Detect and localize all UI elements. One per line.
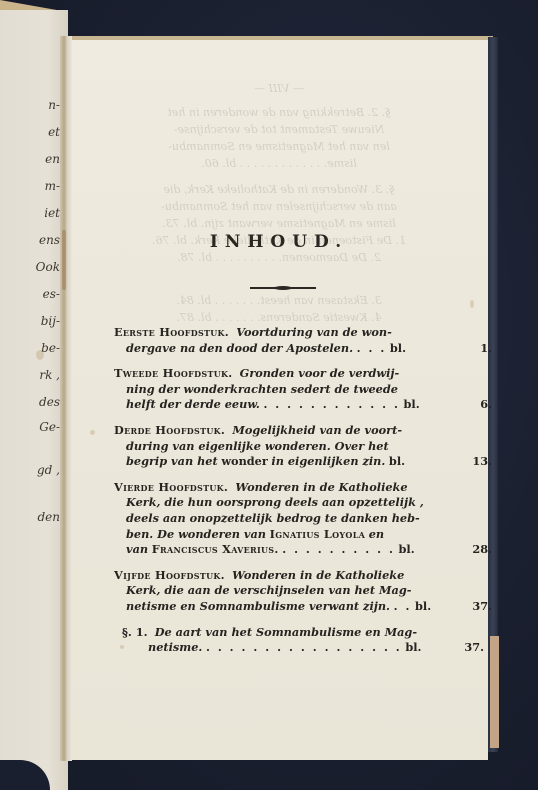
left-facing-page: n- et en m- iet ens Ook es- bij- be- rk … xyxy=(0,10,68,790)
bleed-line: lisme. . . . . . . . . . . . . bl. 60. xyxy=(70,157,488,170)
contents-page: — VIII — §. 2. Betrekking van de wondere… xyxy=(70,40,488,760)
chapter-title: Kerk, die hun oorsprong deels aan opzett… xyxy=(126,495,424,509)
page-number: 13. xyxy=(462,454,492,470)
chapter-title: van xyxy=(126,542,148,556)
left-line: den xyxy=(37,510,60,524)
chapter-title: Wonderen in de Katholieke xyxy=(235,480,407,494)
section-title: netisme. xyxy=(148,640,202,654)
page-abbrev: bl. xyxy=(405,640,421,654)
page-number: 6. xyxy=(462,397,492,413)
left-line: rk , xyxy=(39,368,60,382)
chapter-title: Mogelijkheid van de voort- xyxy=(232,423,402,437)
chapter-label: Derde Hoofdstuk. xyxy=(114,423,225,437)
gutter-stain xyxy=(62,230,66,290)
left-line: et xyxy=(48,125,60,139)
bleed-line: 4. Kwestie Sanderens. . . . . . . bl. 87… xyxy=(70,311,488,324)
table-of-contents: Eerste Hoofdstuk. Voortduring van de won… xyxy=(114,325,434,666)
bleed-line: — VIII — xyxy=(70,82,488,95)
left-line: gd , xyxy=(37,463,60,477)
bleed-line: 3. Ekstasen van heest. . . . . . . bl. 8… xyxy=(70,294,488,307)
book-spine-leather xyxy=(490,636,499,748)
left-line: iet xyxy=(44,206,60,220)
left-line: m- xyxy=(45,179,60,193)
section-title: De aart van het Somnambulisme en Mag- xyxy=(155,625,417,639)
bleed-line: aan de verschijnselen van het Somnambu- xyxy=(70,200,488,213)
foxing-stain xyxy=(470,300,474,308)
toc-entry[interactable]: Eerste Hoofdstuk. Voortduring van de won… xyxy=(114,325,434,356)
toc-section-entry[interactable]: §. 1. De aart van het Somnambulisme en M… xyxy=(114,625,434,656)
roman-word: wonder xyxy=(221,454,268,468)
page-abbrev: bl. xyxy=(399,542,415,556)
left-line: des xyxy=(39,395,60,409)
page-abbrev: bl. xyxy=(390,341,406,355)
foxing-stain xyxy=(90,430,95,435)
chapter-title: en xyxy=(369,527,384,541)
chapter-title: dergave na den dood der Apostelen. xyxy=(126,341,353,355)
toc-entry[interactable]: Vierde Hoofdstuk. Wonderen in de Katholi… xyxy=(114,480,434,558)
dot-leader: . . . xyxy=(357,341,387,355)
toc-entry[interactable]: Vijfde Hoofdstuk. Wonderen in de Katholi… xyxy=(114,568,434,615)
left-line: ens xyxy=(39,233,60,247)
left-line: es- xyxy=(43,287,60,301)
chapter-title: deels aan onopzettelijk bedrog te danken… xyxy=(126,511,420,525)
chapter-label: Eerste Hoofdstuk. xyxy=(114,325,229,339)
book-gutter xyxy=(60,36,72,761)
chapter-title: Gronden voor de verdwij- xyxy=(240,366,400,380)
chapter-title: ben. De wonderen van xyxy=(126,527,266,541)
page-abbrev: bl. xyxy=(415,599,431,613)
person-name: Franciscus Xaverius. xyxy=(152,542,279,556)
chapter-title: netisme en Somnambulisme verwant zijn. xyxy=(126,599,390,613)
chapter-title: Wonderen in de Katholieke xyxy=(232,568,404,582)
toc-entry[interactable]: Tweede Hoofdstuk. Gronden voor de verdwi… xyxy=(114,366,434,413)
page-number: 1. xyxy=(462,341,492,357)
person-name: Ignatius Loyola xyxy=(270,527,366,541)
left-line: be- xyxy=(41,341,60,355)
bleed-line: len van het Magnetisme en Somnambu- xyxy=(70,140,488,153)
section-label: §. 1. xyxy=(122,625,148,639)
chapter-label: Vierde Hoofdstuk. xyxy=(114,480,228,494)
left-line: en xyxy=(45,152,60,166)
left-line: Ge- xyxy=(39,420,60,434)
chapter-label: Vijfde Hoofdstuk. xyxy=(114,568,225,582)
chapter-title: Voortduring van de won- xyxy=(236,325,392,339)
chapter-label: Tweede Hoofdstuk. xyxy=(114,366,232,380)
dot-leader: . . xyxy=(394,599,412,613)
page-number: 37. xyxy=(454,640,484,656)
page-number: 28. xyxy=(462,542,492,558)
dot-leader: . . . . . . . . . . . . xyxy=(263,397,399,411)
page-title: INHOUD. xyxy=(70,232,488,252)
left-line: n- xyxy=(48,98,60,112)
chapter-title: Kerk, die aan de verschijnselen van het … xyxy=(126,583,411,597)
page-abbrev: bl. xyxy=(389,454,405,468)
chapter-title: begrip van het xyxy=(126,454,218,468)
page-abbrev: bl. xyxy=(404,397,420,411)
foxing-stain xyxy=(36,350,44,360)
chapter-title: helft der derde eeuw. xyxy=(126,397,260,411)
bleed-line: lisme en Magnetisme verwant zijn. bl. 73… xyxy=(70,217,488,230)
chapter-title: during van eigenlijke wonderen. Over het xyxy=(126,439,389,453)
foxing-stain xyxy=(120,645,124,649)
toc-entry[interactable]: Derde Hoofdstuk. Mogelijkheid van de voo… xyxy=(114,423,434,470)
bleed-line: Nieuwe Testament tot de verschijnse- xyxy=(70,123,488,136)
ornamental-rule xyxy=(250,287,316,289)
dot-leader: . . . . . . . . . . xyxy=(282,542,395,556)
bleed-line: 2. De Daemoenen. . . . . . . . . . bl. 7… xyxy=(70,251,488,264)
bleed-line: §. 3. Wonderen in de Katholieke Kerk, di… xyxy=(70,183,488,196)
chapter-title: in eigenlijken zin. xyxy=(271,454,385,468)
left-line: bij- xyxy=(41,314,60,328)
page-number: 37. xyxy=(462,599,492,615)
left-line: Ook xyxy=(36,260,60,274)
dot-leader: . . . . . . . . . . . . . . . . . xyxy=(206,640,402,654)
bleed-line: §. 2. Betrekking van de wonderen in het xyxy=(70,106,488,119)
chapter-title: ning der wonderkrachten sedert de tweede xyxy=(126,382,398,396)
